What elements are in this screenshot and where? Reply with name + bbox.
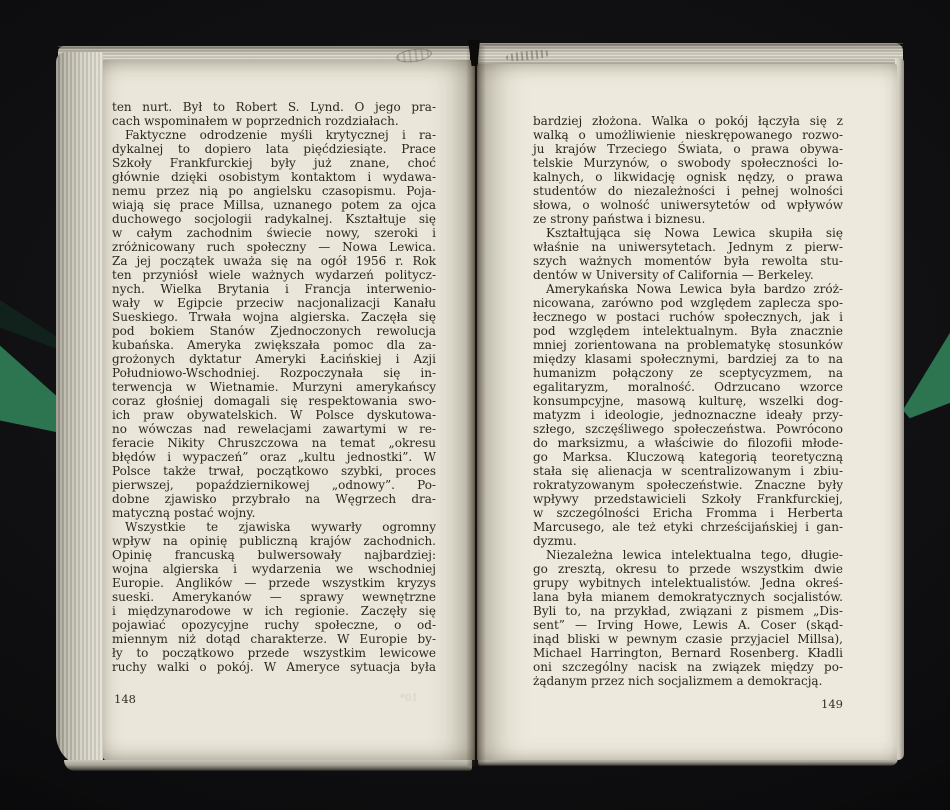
text-line: Polsce także trwał, początkowo szybki, p… <box>112 464 436 478</box>
text-line: w szczególności Ericha Fromma i Herberta <box>533 506 843 520</box>
text-line: ju krajów Trzeciego Świata, o prawa obyw… <box>533 142 843 156</box>
text-line: wały w Egipcie przeciw nacjonalizacji Ka… <box>112 296 436 310</box>
text-line: pod bokiem Stanów Zjednoczonych rewolucj… <box>112 324 436 338</box>
text-line: nych. Wielka Brytania i Francja interwen… <box>112 282 436 296</box>
spine-gutter-shadow <box>466 46 486 766</box>
text-line: Wszystkie te zjawiska wywarły ogromny <box>112 520 436 534</box>
text-line: humanizm połączony ze sceptycyzmem, na <box>533 366 843 380</box>
text-line: między klasami społecznymi, bardziej za … <box>533 352 843 366</box>
text-line: Amerykańska Nowa Lewica była bardzo zróż… <box>533 282 843 296</box>
page-number-right: 149 <box>533 697 843 711</box>
text-line: dykalnej to dopiero lata pięćdziesiąte. … <box>112 142 436 156</box>
text-line: pierwszej, popaździernikowej „odnowy”. P… <box>112 478 436 492</box>
text-line: słowa, o wolność uniwersytetów od wpływó… <box>533 198 843 212</box>
text-line: Marcusego, ale też etyki chrześcijańskie… <box>533 520 843 534</box>
text-line: łecznego w postaci ruchów społecznych, j… <box>533 310 843 324</box>
text-line: żądanym przez nich socjalizmem a demokra… <box>533 674 843 688</box>
text-line: ruchy walki o pokój. W Ameryce sytuacja … <box>112 660 436 674</box>
text-line: mniej zorientowana na problematykę stosu… <box>533 338 843 352</box>
photo-of-open-book: ten nurt. Był to Robert S. Lynd. O jego … <box>0 0 950 810</box>
text-line: Kształtująca się Nowa Lewica skupiła się <box>533 226 843 240</box>
text-line: terwencja w Wietnamie. Murzyni amerykańs… <box>112 380 436 394</box>
text-line: cach wspominałem w poprzednich rozdziała… <box>112 114 436 128</box>
right-page-text-column: bardziej złożona. Walka o pokój łączyła … <box>533 114 843 688</box>
text-line: grożonych dyktatur Ameryki Łacińskiej i … <box>112 352 436 366</box>
text-line: go Marksa. Kluczową kategorią teoretyczn… <box>533 450 843 464</box>
text-line: telskie Murzynów, o swobody społeczności… <box>533 156 843 170</box>
page-number-left: 148 <box>114 692 136 706</box>
text-line: ze strony państwa i biznesu. <box>533 212 843 226</box>
text-line: w całym zachodnim świecie nowy, szeroki … <box>112 226 436 240</box>
text-line: ten przyniósł wiele ważnych wydarzeń pol… <box>112 268 436 282</box>
text-line: stała się alienacja w scentralizowanym i… <box>533 464 843 478</box>
text-line: bardziej złożona. Walka o pokój łączyła … <box>533 114 843 128</box>
text-line: no wówczas nad rewelacjami zawartymi w r… <box>112 422 436 436</box>
text-line: Opinię francuską bulwersowały najbardzie… <box>112 548 436 562</box>
text-line: Byli to, na przykład, związani z pismem … <box>533 604 843 618</box>
text-line: oni szczególny nacisk na związek między … <box>533 660 843 674</box>
text-line: dobne zjawisko przybrało na Węgrzech dra… <box>112 492 436 506</box>
text-line: dentów w University of California — Berk… <box>533 268 843 282</box>
text-line: sueski. Amerykanów — sprawy wewnętrzne <box>112 590 436 604</box>
text-line: wiają się prace Millsa, uznanego potem z… <box>112 198 436 212</box>
text-line: sent” — Irving Howe, Lewis A. Coser (ską… <box>533 618 843 632</box>
text-line: wpływy przedstawicieli Szkoły Frankfurck… <box>533 492 843 506</box>
text-line: go zresztą, okresu to przede wszystkim d… <box>533 562 843 576</box>
text-line: szych ważnych momentów była rewolta stu- <box>533 254 843 268</box>
signature-mark-showthrough: 10* <box>392 693 426 705</box>
text-line: pod względem intelektualnym. Była znaczn… <box>533 324 843 338</box>
cover-stripe-shadow <box>0 300 60 350</box>
text-line: coraz głośniej domagali się respektowani… <box>112 394 436 408</box>
text-line: szłego, szczęśliwego społeczeństwa. Powr… <box>533 422 843 436</box>
text-line: egalitaryzm, moralność. Odrzucano wzorce <box>533 380 843 394</box>
text-line: i międzynarodowe w ich regionie. Zaczęły… <box>112 604 436 618</box>
text-line: inąd bliski w pewnym czasie przyjaciel M… <box>533 632 843 646</box>
text-line: Faktyczne odrodzenie myśli krytycznej i … <box>112 128 436 142</box>
text-line: duchowego socjologii radykalnej. Kształt… <box>112 212 436 226</box>
page-edges-left-side <box>56 52 103 768</box>
text-line: Za jej początek uważa się na ogół 1956 r… <box>112 254 436 268</box>
text-line: dyzmu. <box>533 534 843 548</box>
text-line: nemu przez nią po angielsku czasopismu. … <box>112 184 436 198</box>
text-line: konsumpcyjne, masową kulturę, wszelki do… <box>533 394 843 408</box>
text-line: do marksizmu, a właściwie do filozofii m… <box>533 436 843 450</box>
text-line: Południowo-Wschodniej. Rozpoczynała się … <box>112 366 436 380</box>
text-line: rokratyzowanym społeczeństwie. Znaczne b… <box>533 478 843 492</box>
text-line: nicowana, zarówno pod względem zaplecza … <box>533 296 843 310</box>
text-line: kubańska. Ameryka zwiększała pomoc dla z… <box>112 338 436 352</box>
text-line: matyczną postać wojny. <box>112 506 436 520</box>
text-line: Szkoły Frankfurckiej były już znane, cho… <box>112 156 436 170</box>
green-cover-stripe-left <box>0 336 56 432</box>
text-line: walką o umożliwienie nieskrępowanego roz… <box>533 128 843 142</box>
text-line: feracie Nikity Chruszczowa na temat „okr… <box>112 436 436 450</box>
text-line: kalnych, o likwidację ognisk nędzy, o pr… <box>533 170 843 184</box>
text-line: miennym niż dotąd charakterze. W Europie… <box>112 632 436 646</box>
text-line: grupy wybitnych intelektualistów. Jedna … <box>533 576 843 590</box>
green-cover-stripe-right <box>897 330 950 420</box>
text-line: lana była mianem demokratycznych socjali… <box>533 590 843 604</box>
text-line: Europie. Anglików — przede wszystkim kry… <box>112 576 436 590</box>
text-line: wojna algierska i wydarzenia we wschodni… <box>112 562 436 576</box>
text-line: błędów i wypaczeń” oraz „kultu jednostki… <box>112 450 436 464</box>
text-line: ich praw obywatelskich. W Polsce dyskuto… <box>112 408 436 422</box>
text-line: matyzm i ideologie, jednoznaczne ideały … <box>533 408 843 422</box>
text-line: ły to początkowo przede wszystkim lewico… <box>112 646 436 660</box>
page-edges-bottom-left <box>64 760 472 771</box>
left-page-text-column: ten nurt. Był to Robert S. Lynd. O jego … <box>112 100 436 674</box>
text-line: wpływ na opinię publiczną krajów zachodn… <box>112 534 436 548</box>
text-line: ten nurt. Był to Robert S. Lynd. O jego … <box>112 100 436 114</box>
text-line: zróżnicowany ruch społeczny — Nowa Lewic… <box>112 240 436 254</box>
text-line: pojawiać opozycyjne ruchy społeczne, o o… <box>112 618 436 632</box>
text-line: Sueskiego. Trwała wojna algierska. Zaczę… <box>112 310 436 324</box>
text-line: głównie dzięki osobistym kontaktom i wyd… <box>112 170 436 184</box>
text-line: Michael Harrington, Bernard Rosenberg. K… <box>533 646 843 660</box>
text-line: właśnie na uniwersytetach. Jednym z pier… <box>533 240 843 254</box>
text-line: Niezależna lewica intelektualna tego, dł… <box>533 548 843 562</box>
text-line: studentów do niezależności i pełnej woln… <box>533 184 843 198</box>
